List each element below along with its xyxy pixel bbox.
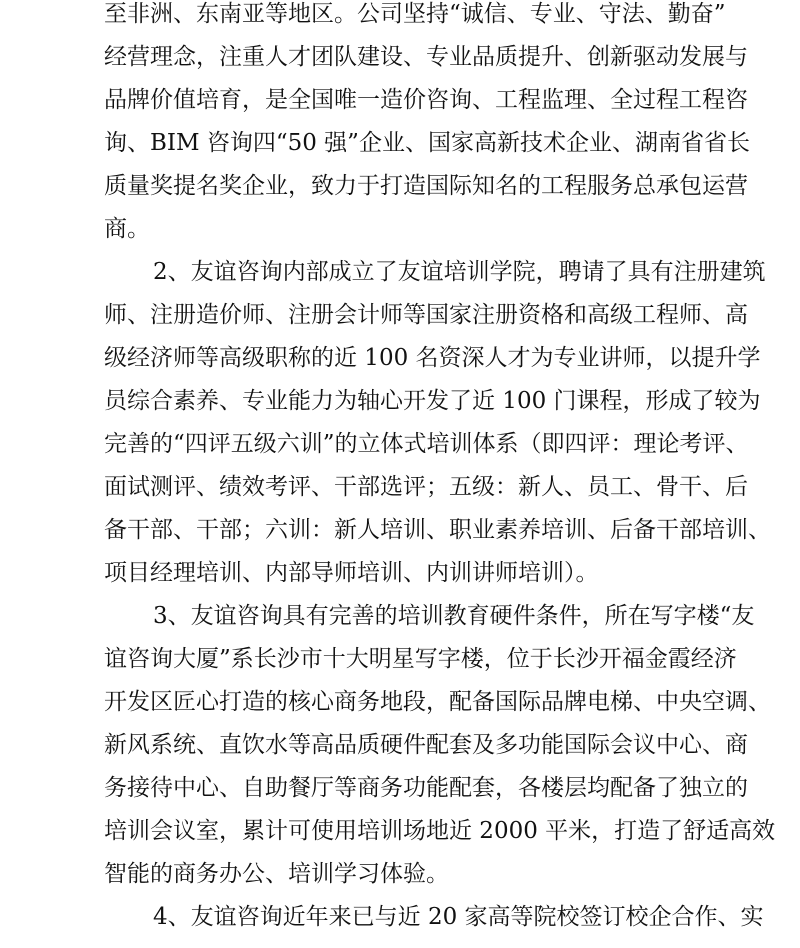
paragraph-first-line: 4、友谊咨询近年来已与近 20 家高等院校签订校企合作、实 — [104, 896, 714, 939]
text-line: 新风系统、直饮水等高品质硬件配套及多功能国际会议中心、商 — [104, 724, 714, 767]
text-line: 培训会议室，累计可使用培训场地近 2000 平米，打造了舒适高效 — [104, 810, 714, 853]
document-body: 至非洲、东南亚等地区。公司坚持“诚信、专业、守法、勤奋” 经营理念，注重人才团队… — [104, 0, 714, 939]
paragraph-1-continuation: 至非洲、东南亚等地区。公司坚持“诚信、专业、守法、勤奋” 经营理念，注重人才团队… — [104, 0, 714, 251]
paragraph-4: 4、友谊咨询近年来已与近 20 家高等院校签订校企合作、实 — [104, 896, 714, 939]
text-line: 至非洲、东南亚等地区。公司坚持“诚信、专业、守法、勤奋” — [104, 0, 714, 36]
paragraph-3: 3、友谊咨询具有完善的培训教育硬件条件，所在写字楼“友 谊咨询大厦”系长沙市十大… — [104, 595, 714, 896]
text-line: 商。 — [104, 208, 714, 251]
paragraph-2: 2、友谊咨询内部成立了友谊培训学院，聘请了具有注册建筑 师、注册造价师、注册会计… — [104, 251, 714, 595]
text-line: 品牌价值培育，是全国唯一造价咨询、工程监理、全过程工程咨 — [104, 79, 714, 122]
paragraph-first-line: 2、友谊咨询内部成立了友谊培训学院，聘请了具有注册建筑 — [104, 251, 714, 294]
text-line: 开发区匠心打造的核心商务地段，配备国际品牌电梯、中央空调、 — [104, 681, 714, 724]
text-line: 询、BIM 咨询四“50 强”企业、国家高新技术企业、湖南省省长 — [104, 122, 714, 165]
text-line: 谊咨询大厦”系长沙市十大明星写字楼，位于长沙开福金霞经济 — [104, 638, 714, 681]
text-line: 智能的商务办公、培训学习体验。 — [104, 853, 714, 896]
text-line: 员综合素养、专业能力为轴心开发了近 100 门课程，形成了较为 — [104, 380, 714, 423]
text-line: 务接待中心、自助餐厅等商务功能配套，各楼层均配备了独立的 — [104, 767, 714, 810]
text-line: 级经济师等高级职称的近 100 名资深人才为专业讲师，以提升学 — [104, 337, 714, 380]
text-line: 师、注册造价师、注册会计师等国家注册资格和高级工程师、高 — [104, 294, 714, 337]
paragraph-first-line: 3、友谊咨询具有完善的培训教育硬件条件，所在写字楼“友 — [104, 595, 714, 638]
text-line: 项目经理培训、内部导师培训、内训讲师培训）。 — [104, 552, 714, 595]
text-line: 备干部、干部；六训：新人培训、职业素养培训、后备干部培训、 — [104, 509, 714, 552]
text-line: 完善的“四评五级六训”的立体式培训体系（即四评：理论考评、 — [104, 423, 714, 466]
text-line: 面试测评、绩效考评、干部选评；五级：新人、员工、骨干、后 — [104, 466, 714, 509]
text-line: 质量奖提名奖企业，致力于打造国际知名的工程服务总承包运营 — [104, 165, 714, 208]
text-line: 经营理念，注重人才团队建设、专业品质提升、创新驱动发展与 — [104, 36, 714, 79]
